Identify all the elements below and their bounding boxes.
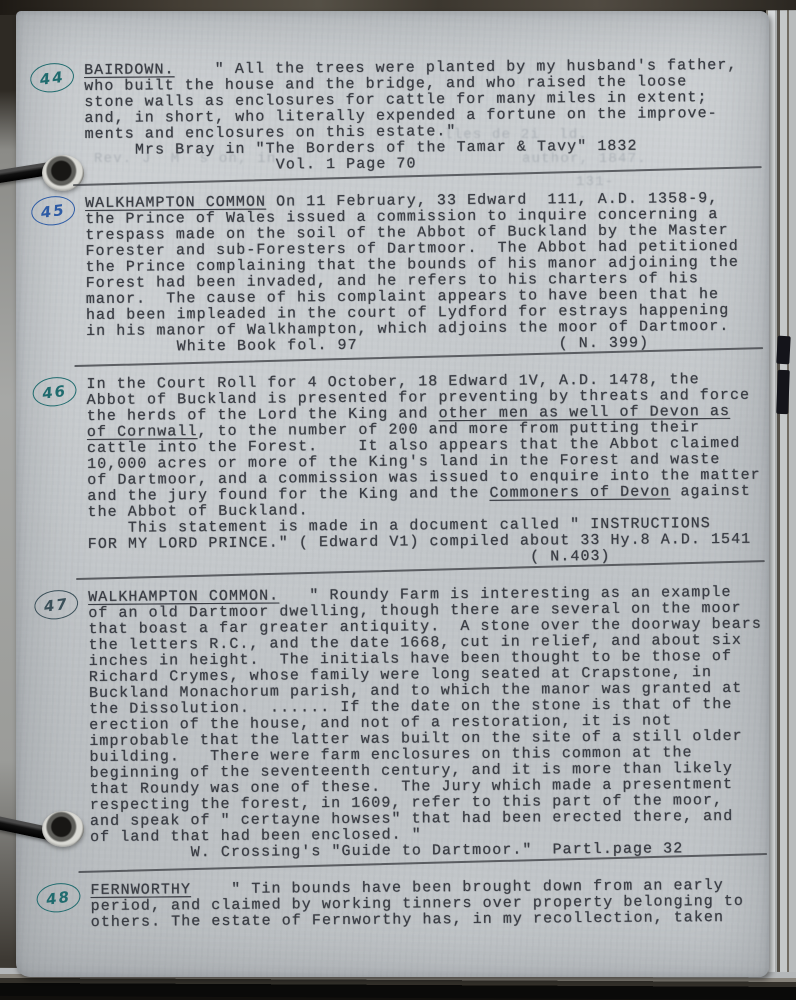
typed-entries: 44BAIRDOWN. " All the trees were planted… bbox=[84, 58, 772, 931]
underpage-ink-mark bbox=[776, 336, 790, 365]
notebook-page: lles de 2i ld.Rev. J M s on, inauthor, 1… bbox=[16, 11, 769, 977]
underpage-ink-mark bbox=[776, 370, 790, 414]
entry-text: WALKHAMPTON COMMON. " Roundy Farm is int… bbox=[88, 585, 771, 862]
entry-number-47: 47 bbox=[33, 588, 80, 622]
entry-46: 46In the Court Roll for 4 October, 18 Ed… bbox=[86, 372, 768, 569]
entry-text: WALKHAMPTON COMMON On 11 February, 33 Ed… bbox=[85, 191, 767, 356]
entry-text: BAIRDOWN. " All the trees were planted b… bbox=[84, 58, 766, 175]
entry-45: 45WALKHAMPTON COMMON On 11 February, 33 … bbox=[85, 191, 767, 356]
entry-47: 47WALKHAMPTON COMMON. " Roundy Farm is i… bbox=[88, 585, 771, 862]
entry-text: FERNWORTHY " Tin bounds have been brough… bbox=[90, 878, 771, 931]
entry-text: In the Court Roll for 4 October, 18 Edwa… bbox=[86, 372, 768, 569]
binder-hole-bottom bbox=[42, 811, 84, 847]
entry-number-48: 48 bbox=[35, 880, 82, 914]
page-stack-edge-left bbox=[0, 0, 17, 984]
entry-number-44: 44 bbox=[28, 61, 75, 95]
entry-number-46: 46 bbox=[31, 375, 78, 409]
entry-48: 48FERNWORTHY " Tin bounds have been brou… bbox=[90, 878, 771, 931]
entry-number-45: 45 bbox=[29, 194, 76, 228]
entry-44: 44BAIRDOWN. " All the trees were planted… bbox=[84, 58, 766, 175]
eyelet-icon bbox=[42, 811, 84, 847]
photo-backdrop: lles de 2i ld.Rev. J M s on, inauthor, 1… bbox=[0, 0, 796, 1000]
